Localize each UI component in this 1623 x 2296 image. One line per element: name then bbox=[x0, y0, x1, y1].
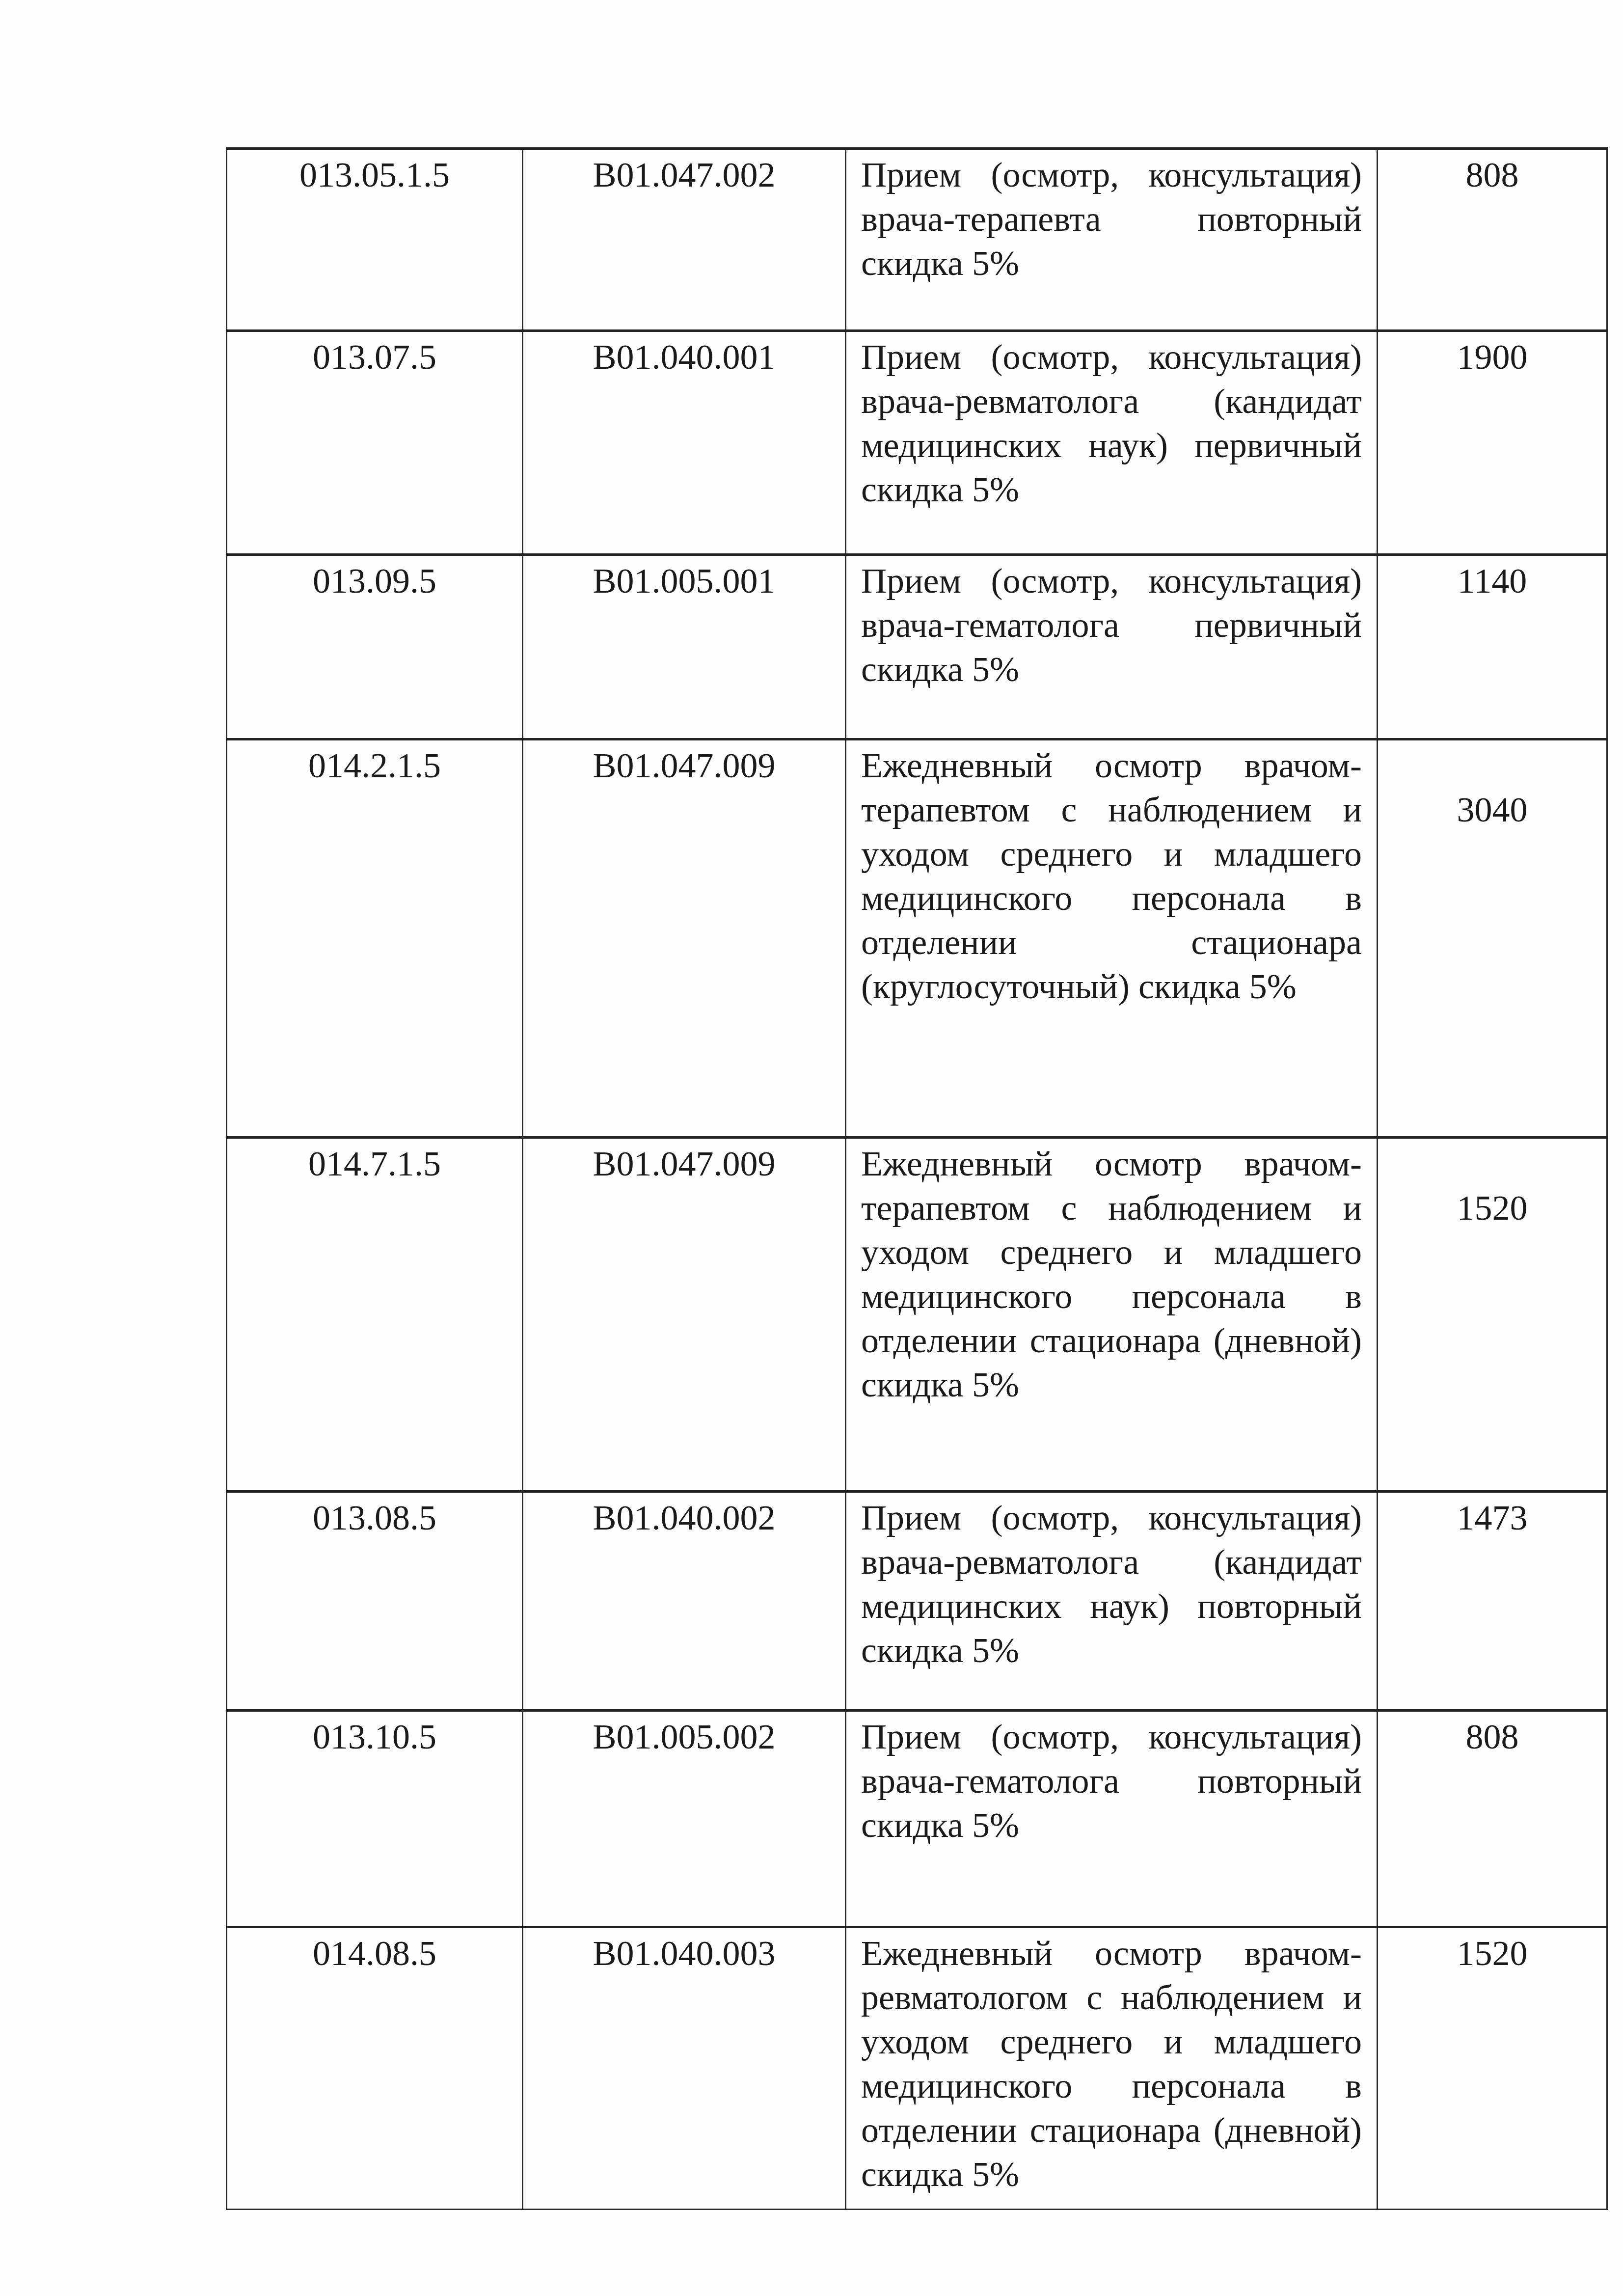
service-price-value: 3040 bbox=[1457, 790, 1528, 829]
service-code: B01.047.009 bbox=[523, 1138, 846, 1492]
service-code: B01.005.001 bbox=[523, 555, 846, 739]
service-code: B01.040.001 bbox=[523, 331, 846, 555]
item-code: 013.10.5 bbox=[227, 1711, 523, 1927]
service-price: 1900 bbox=[1378, 331, 1607, 555]
service-code: B01.040.003 bbox=[523, 1927, 846, 2210]
item-code: 013.09.5 bbox=[227, 555, 523, 739]
item-code: 014.7.1.5 bbox=[227, 1138, 523, 1492]
item-code: 013.07.5 bbox=[227, 331, 523, 555]
service-description: Ежедневный осмотр врачом-ревматологом с … bbox=[846, 1927, 1378, 2210]
table-row: 013.05.1.5 B01.047.002 Прием (осмотр, ко… bbox=[227, 149, 1607, 331]
item-code: 013.05.1.5 bbox=[227, 149, 523, 331]
table-row: 013.08.5 B01.040.002 Прием (осмотр, конс… bbox=[227, 1492, 1607, 1711]
table-row: 013.10.5 B01.005.002 Прием (осмотр, конс… bbox=[227, 1711, 1607, 1927]
service-price-value: 1520 bbox=[1457, 1188, 1528, 1228]
service-description: Прием (осмотр, консультация) врача-ревма… bbox=[846, 1492, 1378, 1711]
service-code: B01.005.002 bbox=[523, 1711, 846, 1927]
table-row: 014.08.5 B01.040.003 Ежедневный осмотр в… bbox=[227, 1927, 1607, 2210]
service-code: B01.047.002 bbox=[523, 149, 846, 331]
service-price: 1520 bbox=[1378, 1927, 1607, 2210]
service-description: Прием (осмотр, консультация) врача-гемат… bbox=[846, 1711, 1378, 1927]
table-row: 014.7.1.5 B01.047.009 Ежедневный осмотр … bbox=[227, 1138, 1607, 1492]
table-row: 013.07.5 B01.040.001 Прием (осмотр, конс… bbox=[227, 331, 1607, 555]
service-code: B01.040.002 bbox=[523, 1492, 846, 1711]
table-row: 014.2.1.5 B01.047.009 Ежедневный осмотр … bbox=[227, 739, 1607, 1138]
service-description: Прием (осмотр, консультация) врача-терап… bbox=[846, 149, 1378, 331]
service-price: 808 bbox=[1378, 1711, 1607, 1927]
service-price: 1473 bbox=[1378, 1492, 1607, 1711]
service-description: Ежедневный осмотр врачом-терапевтом с на… bbox=[846, 1138, 1378, 1492]
document-page: 013.05.1.5 B01.047.002 Прием (осмотр, ко… bbox=[0, 0, 1623, 2296]
service-code: B01.047.009 bbox=[523, 739, 846, 1138]
item-code: 013.08.5 bbox=[227, 1492, 523, 1711]
service-description: Ежедневный осмотр врачом-терапевтом с на… bbox=[846, 739, 1378, 1138]
item-code: 014.2.1.5 bbox=[227, 739, 523, 1138]
service-description: Прием (осмотр, консультация) врача-ревма… bbox=[846, 331, 1378, 555]
service-price: 1140 bbox=[1378, 555, 1607, 739]
item-code: 014.08.5 bbox=[227, 1927, 523, 2210]
service-description: Прием (осмотр, консультация) врача-гемат… bbox=[846, 555, 1378, 739]
service-price: 808 bbox=[1378, 149, 1607, 331]
service-price: 3040 bbox=[1378, 739, 1607, 1138]
price-list-table: 013.05.1.5 B01.047.002 Прием (осмотр, ко… bbox=[226, 147, 1608, 2210]
service-price: 1520 bbox=[1378, 1138, 1607, 1492]
table-row: 013.09.5 B01.005.001 Прием (осмотр, конс… bbox=[227, 555, 1607, 739]
